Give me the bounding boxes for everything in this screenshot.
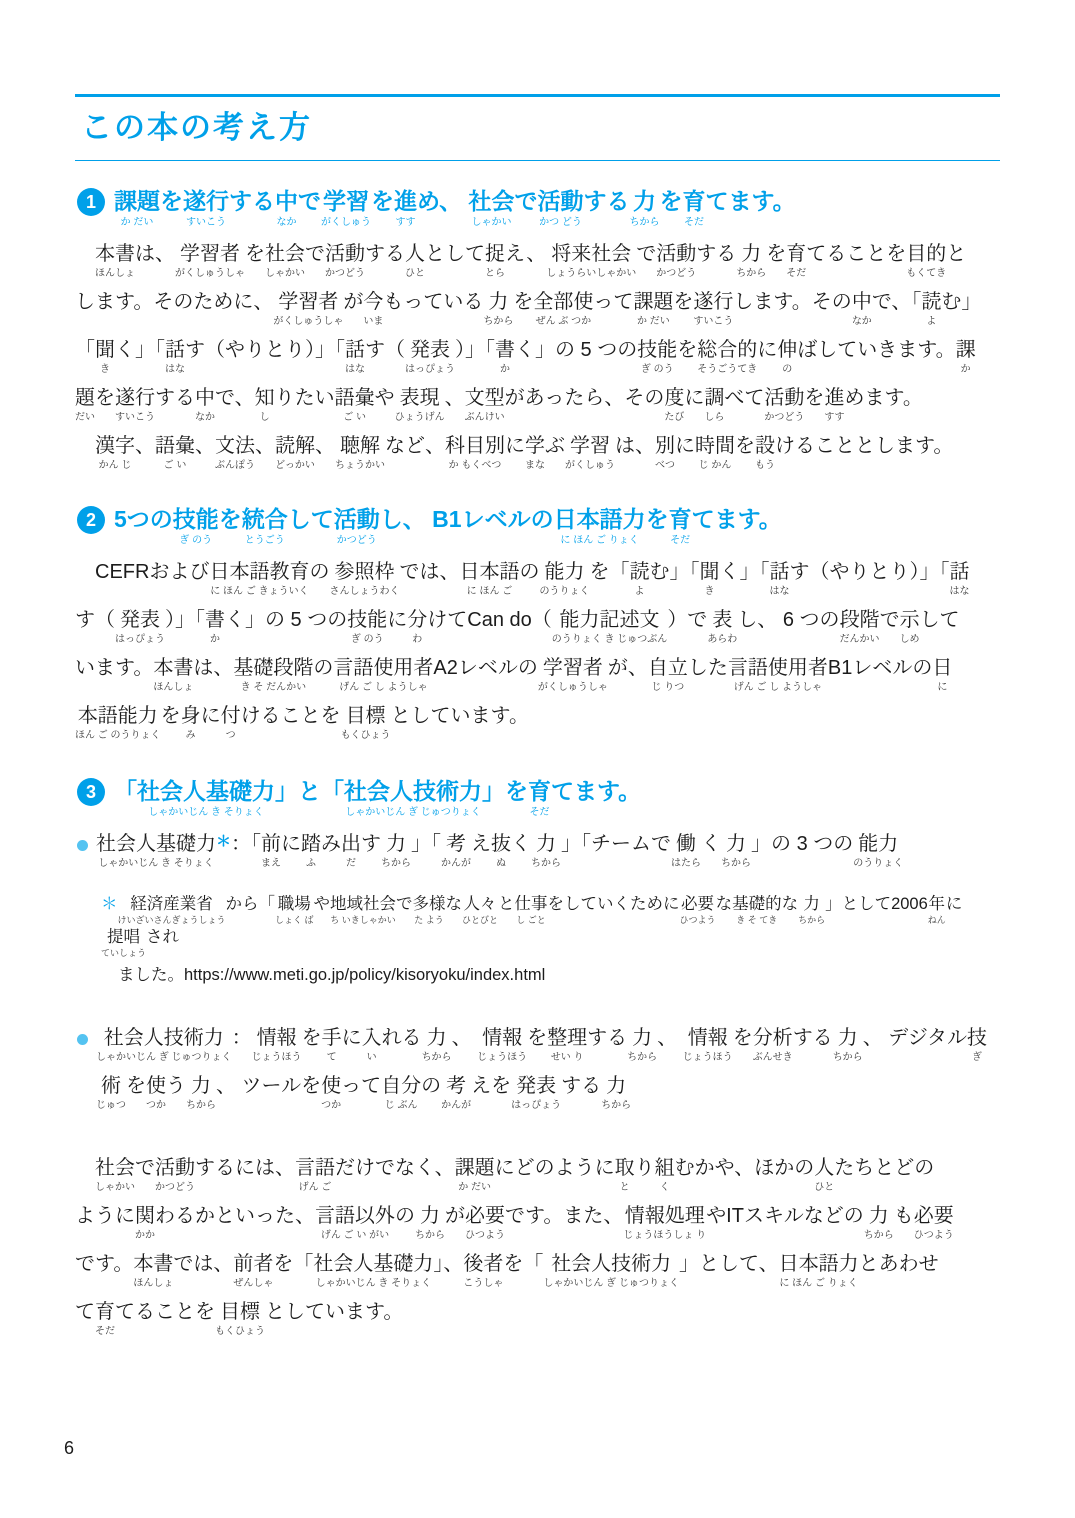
text-segment: 分析ぶんせき	[753, 1025, 793, 1065]
text-segment: 考かんが	[441, 1073, 471, 1113]
text-segment: く」「	[719, 559, 769, 599]
text-segment: 知し	[255, 385, 275, 425]
paragraph-line: います。本書ほんしょは、基礎段階き そ だんかいの言語使用者げん ご し ようし…	[75, 655, 1000, 695]
text-segment: べて	[724, 385, 764, 425]
text-segment: 、	[452, 1025, 478, 1065]
text-segment: 日に	[932, 655, 952, 695]
text-segment: 中なか	[195, 385, 215, 425]
text-segment: の	[313, 655, 333, 695]
text-segment: を	[733, 1025, 753, 1065]
text-segment: に	[387, 607, 407, 647]
bullet-icon	[77, 840, 88, 851]
text-segment: 読よ	[629, 559, 649, 599]
text-segment: 調しら	[704, 385, 724, 425]
text-segment: 」「チームで	[561, 831, 671, 871]
text-segment: 書か	[495, 337, 515, 377]
text-segment: の	[309, 559, 329, 599]
text-segment: が	[445, 1203, 465, 1243]
text-segment: 技能ぎ のう	[173, 503, 219, 547]
text-segment: して	[288, 503, 334, 547]
text-segment: 進すす	[394, 185, 417, 229]
text-segment: する	[561, 1073, 601, 1113]
text-segment: 発表はっぴょう	[405, 337, 455, 377]
text-segment: 力ちから	[833, 1025, 863, 1065]
text-segment: 話はな	[345, 337, 365, 377]
paragraph-line: 社会しゃかいで活動かつどうするには、言語げん ごだけでなく、課題か だいにどのよ…	[75, 1155, 1000, 1195]
title-rule-bottom	[75, 160, 1000, 161]
text-segment: として	[425, 241, 485, 281]
text-segment: 育そだ	[682, 185, 705, 229]
text-segment: てることを	[115, 1299, 215, 1339]
text-segment: 自立じ りつ	[648, 655, 688, 695]
text-segment: す（	[365, 337, 405, 377]
text-segment: 中なか	[852, 289, 872, 329]
text-segment: 情報じょうほう	[252, 1025, 302, 1065]
text-segment: 必要ひつよう	[914, 1203, 954, 1243]
text-segment: 後者こうしゃ	[463, 1251, 503, 1291]
text-segment: の	[395, 1203, 415, 1243]
text-segment: 段階だんかい	[840, 607, 880, 647]
text-segment: する	[696, 241, 736, 281]
text-segment: とあわせ	[859, 1251, 939, 1291]
text-segment: 科目別か もくべつ	[445, 433, 505, 473]
text-segment: 言語げん ご	[295, 1155, 335, 1195]
paragraph: 社会しゃかいで活動かつどうするには、言語げん ごだけでなく、課題か だいにどのよ…	[75, 1155, 1000, 1339]
text-segment: 力ちから	[721, 831, 751, 871]
text-segment: 使つか	[321, 1073, 341, 1113]
text-segment: 今いま	[363, 289, 383, 329]
text-segment: く」の 5 つの	[225, 607, 347, 647]
text-segment: を「	[273, 1251, 313, 1291]
text-segment: は、	[615, 433, 655, 473]
text-segment: としています。	[265, 1299, 403, 1339]
text-segment: 学習者がくしゅうしゃ	[273, 289, 343, 329]
text-segment: に	[505, 433, 525, 473]
paragraph-line: 本語能力ほん ご のうりょくを身みに付つけることを目標もくひょうとしています。	[75, 703, 1000, 743]
text-segment: って	[341, 1073, 381, 1113]
text-segment: 考かんが	[441, 831, 471, 871]
text-segment: 自分じ ぶん	[381, 1073, 421, 1113]
text-segment: 力ちから	[422, 1025, 452, 1065]
paragraph-line: CEFRおよび日本語教育に ほん ご きょういくの参照枠さんしょうわくでは、日本…	[75, 559, 1000, 599]
text-segment	[75, 433, 95, 473]
bullet-content: 社会人技術力しゃかいじん ぎ じゅつりょく：情報じょうほうを手てに入いれる力ちか…	[96, 1025, 987, 1121]
text-segment: て	[75, 1299, 95, 1339]
paragraph-line: です。本書ほんしょでは、前者ぜんしゃを「社会人基礎力しゃかいじん き そりょく」…	[75, 1251, 1000, 1291]
text-segment: 活動かつ どう	[537, 185, 583, 229]
bullet-line: 社会人基礎力しゃかいじん き そりょく＊：「前まえに踏ふみ出だす力ちから」「考か…	[96, 831, 903, 871]
paragraph-line: て育そだてることを目標もくひょうとしています。	[75, 1299, 1000, 1339]
text-segment: 力ちから	[483, 289, 513, 329]
section-number-badge: 3	[77, 778, 105, 806]
text-segment: で、	[215, 385, 255, 425]
text-segment: を	[735, 433, 755, 473]
text-segment: む」	[941, 289, 981, 329]
text-segment: 文法ぶんぽう	[215, 433, 255, 473]
text-segment: ぶ	[545, 433, 565, 473]
text-segment: です。	[75, 1251, 133, 1291]
text-segment: を	[161, 703, 181, 743]
text-segment: 本書ほんしょ	[95, 241, 135, 281]
text-segment: す（やりとり）」「	[789, 559, 949, 599]
bullet-content: 社会人基礎力しゃかいじん き そりょく＊：「前まえに踏ふみ出だす力ちから」「考か…	[96, 831, 903, 879]
footnote-line: ました。https://www.meti.go.jp/policy/kisory…	[118, 964, 1000, 997]
text-segment: で	[305, 241, 325, 281]
section-1: 1 課題か だいを遂行すいこうする中なかで学習がくしゅうを進すすめ、 社会しゃか…	[75, 185, 1000, 473]
paragraph-line: します。そのために、学習者がくしゅうしゃが今いまもっている力ちからを全部使ぜん …	[75, 289, 1000, 329]
bullet-icon	[77, 1034, 88, 1045]
text-segment: から「	[226, 893, 276, 926]
text-segment: う	[166, 1073, 186, 1113]
text-segment: ：「	[231, 831, 261, 871]
text-segment: を	[677, 337, 697, 377]
text-segment: に	[342, 1025, 362, 1065]
text-segment: 、	[315, 433, 335, 473]
text-segment: 前者ぜんしゃ	[233, 1251, 273, 1291]
text-segment: 年ねん	[928, 893, 946, 926]
text-segment: され	[146, 926, 179, 959]
text-segment: にどのように	[495, 1155, 615, 1195]
text-segment: 社会しゃかい	[265, 241, 305, 281]
text-segment: 人ひと	[814, 1155, 834, 1195]
text-segment	[75, 559, 95, 599]
text-segment: む」「	[649, 559, 699, 599]
text-segment: した	[688, 655, 728, 695]
text-segment: と	[946, 241, 966, 281]
text-segment: 設もう	[755, 433, 775, 473]
text-segment: や	[375, 385, 395, 425]
text-segment: 別べつ	[655, 433, 675, 473]
text-segment: 手て	[322, 1025, 342, 1065]
text-segment: も	[894, 1203, 914, 1243]
section-number-badge: 2	[77, 506, 105, 534]
text-segment: ばしていきます。	[797, 337, 955, 377]
text-segment: で	[298, 185, 321, 229]
text-segment: 力ちから	[627, 1025, 657, 1065]
text-segment: な	[716, 893, 733, 926]
paragraph-line: 「聞きく」「話はなす（やりとり）」「話はなす（発表はっぴょう）」「書かく」の 5…	[75, 337, 1000, 377]
text-segment: B1レベルの	[828, 655, 932, 695]
text-segment: する	[229, 185, 275, 229]
text-segment: 目標もくひょう	[215, 1299, 265, 1339]
text-segment: です。また、	[505, 1203, 623, 1243]
text-segment	[75, 241, 95, 281]
text-segment: 」として2006	[825, 893, 928, 926]
text-segment: 使つか	[146, 1073, 166, 1113]
text-segment: を	[95, 385, 115, 425]
text-segment: 課題か だい	[455, 1155, 495, 1195]
section-3: 3 「社会人基礎力しゃかいじん き そりょく」と「社会人技術力しゃかいじん ぎ …	[75, 775, 1000, 1339]
text-segment: を	[804, 385, 824, 425]
text-segment: を	[245, 241, 265, 281]
text-segment: 経済産業省けいざいさんぎょうしょう	[118, 893, 226, 926]
text-segment: が、	[608, 655, 648, 695]
paragraph-line: 漢字かん じ、語彙ご い、文法ぶんぽう、読解どっかい、聴解ちょうかいなど、科目別…	[75, 433, 1000, 473]
section-1-heading-row: 1 課題か だいを遂行すいこうする中なかで学習がくしゅうを進すすめ、 社会しゃか…	[75, 185, 1000, 229]
text-segment: 遂行すいこう	[115, 385, 155, 425]
text-segment: 日本語に ほん ご	[459, 559, 519, 599]
text-segment: するには、	[195, 1155, 295, 1195]
text-segment: 整理せい り	[547, 1025, 587, 1065]
text-segment: 、	[135, 433, 155, 473]
text-segment: 学習がくしゅう	[565, 433, 615, 473]
text-segment: 目標もくひょう	[341, 703, 391, 743]
text-segment: 、	[195, 433, 215, 473]
text-segment: てます。	[705, 185, 795, 229]
text-segment: 日本語力に ほん ご りょく	[779, 1251, 859, 1291]
text-segment: てます。	[692, 503, 782, 547]
text-segment: 地域社会ち いきしゃかい	[330, 893, 396, 926]
text-segment: 情報じょうほう	[477, 1025, 527, 1065]
text-segment: 話はな	[949, 559, 969, 599]
text-segment: 聴解ちょうかい	[335, 433, 385, 473]
text-segment: で	[514, 185, 537, 229]
text-segment: 課か	[956, 337, 976, 377]
text-segment: 必要ひつよう	[465, 1203, 505, 1243]
bullet-line: 社会人技術力しゃかいじん ぎ じゅつりょく：情報じょうほうを手てに入いれる力ちか…	[96, 1025, 987, 1065]
text-segment: を	[513, 289, 533, 329]
text-segment: の	[519, 559, 539, 599]
text-segment: に	[675, 433, 695, 473]
text-segment: 技能ぎ のう	[637, 337, 677, 377]
text-segment: く」の 5 つの	[515, 337, 637, 377]
text-segment: をしていくために	[548, 893, 680, 926]
text-segment: 職場しょく ば	[275, 893, 314, 926]
text-segment: 付つ	[221, 703, 241, 743]
text-segment: 踏ふ	[301, 831, 321, 871]
text-segment: 社会人基礎力しゃかいじん き そりょく	[313, 1251, 433, 1291]
text-segment: に	[684, 385, 704, 425]
text-segment: 能力のうりょく	[539, 559, 589, 599]
text-segment: ように	[75, 1203, 135, 1243]
text-segment: を「	[589, 559, 629, 599]
section-heading: 課題か だいを遂行すいこうする中なかで学習がくしゅうを進すすめ、 社会しゃかいで…	[114, 185, 796, 229]
text-segment: 社会しゃかい	[468, 185, 514, 229]
text-segment: めます。	[845, 385, 923, 425]
text-segment: 提唱ていしょう	[101, 926, 146, 959]
text-segment: 、	[445, 385, 465, 425]
text-segment: 抜ぬ	[491, 831, 511, 871]
text-segment: や	[314, 893, 331, 926]
text-segment: 学習がくしゅう	[321, 185, 371, 229]
text-segment: ＊	[101, 893, 118, 926]
text-segment: 5つの	[114, 503, 173, 547]
text-segment: 、	[657, 1025, 683, 1065]
text-segment: で	[636, 241, 656, 281]
text-segment: え、	[505, 241, 546, 281]
text-segment: ）」「	[455, 337, 495, 377]
text-segment: だけでなく、	[335, 1155, 455, 1195]
text-segment: は、	[135, 241, 175, 281]
text-segment: 活動かつどう	[155, 1155, 195, 1195]
text-segment: 力ちから	[736, 241, 766, 281]
text-segment: では、	[399, 559, 459, 599]
bullet-line: 術じゅつを使つかう力ちから、 ツールを使つかって自分じ ぶんの考かんがえを発表は…	[96, 1073, 987, 1113]
paragraph: CEFRおよび日本語教育に ほん ご きょういくの参照枠さんしょうわくでは、日本…	[75, 559, 1000, 743]
text-segment: で	[880, 607, 900, 647]
text-segment: を	[646, 503, 669, 547]
text-segment: 、	[255, 433, 275, 473]
text-segment: てることを	[806, 241, 906, 281]
text-segment: 人ひと	[405, 241, 425, 281]
text-segment: します。その	[733, 289, 851, 329]
text-segment: って	[593, 289, 633, 329]
text-segment: する	[587, 1025, 627, 1065]
text-segment: 社会人技術力しゃかいじん ぎ じゅつりょく	[96, 1025, 232, 1065]
text-segment: 本書ほんしょ	[153, 655, 193, 695]
text-segment: 活動かつどう	[656, 241, 696, 281]
text-segment: 多様た よう	[413, 893, 446, 926]
text-segment: の	[421, 1073, 441, 1113]
text-segment: 」の 3 つの	[751, 831, 853, 871]
text-segment: います。	[75, 655, 153, 695]
text-segment: する	[793, 1025, 833, 1065]
text-segment: 力ちから	[186, 1073, 216, 1113]
text-segment: 「	[114, 775, 137, 819]
text-segment: で	[396, 893, 413, 926]
text-segment: 遂行すいこう	[183, 185, 229, 229]
text-segment: を	[302, 1025, 322, 1065]
text-segment: 日本語力に ほん ご りょく	[554, 503, 646, 547]
text-segment: 表現ひょうげん	[395, 385, 445, 425]
text-segment: 基礎的き そ てき	[732, 893, 782, 926]
text-segment: 社会人技術力しゃかいじん ぎ じゅつりょく	[344, 775, 482, 819]
text-segment: えを	[471, 1073, 511, 1113]
text-segment: 度たび	[664, 385, 684, 425]
text-segment: 学まな	[525, 433, 545, 473]
text-segment: 」として、	[679, 1251, 779, 1291]
text-segment: を	[160, 185, 183, 229]
bullet-item-kisoryoku: 社会人基礎力しゃかいじん き そりょく＊：「前まえに踏ふみ出だす力ちから」「考か…	[75, 831, 1000, 879]
text-segment: 活動かつどう	[334, 503, 380, 547]
text-segment: 言語以外げん ご い がい	[315, 1203, 395, 1243]
text-segment: など、	[385, 433, 445, 473]
text-segment: 中なか	[275, 185, 298, 229]
text-segment: を	[371, 185, 394, 229]
text-segment: 話はな	[769, 559, 789, 599]
text-segment: 本書ほんしょ	[133, 1251, 173, 1291]
text-segment: 育そだ	[95, 1299, 115, 1339]
title-rule-top	[75, 94, 1000, 97]
text-segment: 時間じ かん	[695, 433, 735, 473]
text-segment: 課題か だい	[114, 185, 160, 229]
text-segment: があったら、その	[505, 385, 665, 425]
text-segment: では、	[173, 1251, 233, 1291]
text-segment: 力ちから	[381, 831, 411, 871]
text-segment: が	[343, 289, 363, 329]
text-segment: 文型ぶんけい	[465, 385, 505, 425]
text-segment: を	[659, 185, 682, 229]
text-segment: 漢字かん じ	[95, 433, 135, 473]
text-segment: 課題か だい	[633, 289, 673, 329]
text-segment: 」と「	[275, 775, 344, 819]
text-segment: たちとどの	[834, 1155, 934, 1195]
book-page: この本の考え方 1 課題か だいを遂行すいこうする中なかで学習がくしゅうを進すす…	[0, 0, 1075, 1518]
text-segment: 力ちから	[798, 893, 825, 926]
text-segment	[75, 1155, 95, 1195]
text-segment: 情報処理じょうほうしょ り	[623, 1203, 706, 1243]
text-segment: く	[511, 831, 531, 871]
text-segment: やITスキルなどの	[706, 1203, 864, 1243]
text-segment: 言語使用者げん ご し ようしゃ	[333, 655, 433, 695]
text-segment: ）で	[667, 607, 707, 647]
text-segment: 聞き	[95, 337, 115, 377]
text-segment: く」「	[115, 337, 165, 377]
text-segment: 前まえ	[261, 831, 281, 871]
text-segment: 読解どっかい	[275, 433, 315, 473]
text-segment: CEFRおよび	[95, 559, 209, 599]
text-segment: 語彙ご い	[155, 433, 195, 473]
text-segment: な	[446, 893, 463, 926]
text-segment: 「	[75, 337, 95, 377]
text-segment: 育そだ	[528, 775, 551, 819]
text-segment: 技能ぎ のう	[347, 607, 387, 647]
text-segment: 組く	[655, 1155, 675, 1195]
text-segment: 学習者がくしゅうしゃ	[538, 655, 608, 695]
text-segment: 力ちから	[415, 1203, 445, 1243]
text-segment: を	[527, 1025, 547, 1065]
text-segment: 日本語教育に ほん ご きょういく	[209, 559, 309, 599]
text-segment: 全部使ぜん ぶ つか	[533, 289, 593, 329]
text-segment: 力ちから	[629, 185, 659, 229]
text-segment: に	[281, 831, 301, 871]
text-segment: 活動かつどう	[764, 385, 804, 425]
text-segment: み	[321, 831, 341, 871]
text-segment: する	[583, 185, 629, 229]
page-title: この本の考え方	[81, 108, 1000, 148]
text-segment: 書か	[205, 607, 225, 647]
text-segment: り	[635, 1155, 655, 1195]
text-segment: 進すす	[824, 385, 844, 425]
text-segment: 本語能力ほん ご のうりょく	[75, 703, 161, 743]
section-heading: 5つの技能ぎ のうを統合とうごうして活動かつどうし、 B1レベルの日本語力に ほ…	[114, 503, 782, 547]
text-segment: ＊	[216, 831, 231, 871]
text-segment: 能力記述文のうりょく き じゅつぶん	[552, 607, 668, 647]
text-segment: する	[365, 241, 405, 281]
text-segment: 」、	[433, 1251, 463, 1291]
text-segment: と	[498, 893, 515, 926]
text-segment: 題だい	[75, 385, 95, 425]
text-segment: 取と	[615, 1155, 635, 1195]
text-segment: 聞き	[699, 559, 719, 599]
text-segment: もっている	[383, 289, 483, 329]
text-segment: 基礎段階き そ だんかい	[233, 655, 313, 695]
paragraph: 本書ほんしょは、学習者がくしゅうしゃを社会しゃかいで活動かつどうする人ひととして…	[75, 241, 1000, 425]
text-segment: わるかといった、	[155, 1203, 315, 1243]
text-segment: し、 B1レベルの	[380, 503, 554, 547]
text-segment: けることを	[241, 703, 341, 743]
text-segment: め、	[417, 185, 468, 229]
text-segment: 社会人基礎力しゃかいじん き そりょく	[96, 831, 216, 871]
text-segment: ました。	[118, 964, 184, 997]
text-segment: 力ちから	[864, 1203, 894, 1243]
text-segment: けることとします。	[775, 433, 953, 473]
text-segment: して	[920, 607, 960, 647]
text-segment: 分わ	[407, 607, 427, 647]
section-2: 2 5つの技能ぎ のうを統合とうごうして活動かつどうし、 B1レベルの日本語力に…	[75, 503, 1000, 743]
text-segment: 能力のうりょく	[853, 831, 903, 871]
text-segment: 身み	[181, 703, 201, 743]
text-segment: 話はな	[165, 337, 185, 377]
text-segment: 発表はっぴょう	[115, 607, 165, 647]
text-segment: 将来社会しょうらいしゃかい	[546, 241, 636, 281]
text-segment: 参照枠さんしょうわく	[329, 559, 399, 599]
section-heading: 「社会人基礎力しゃかいじん き そりょく」と「社会人技術力しゃかいじん ぎ じゅ…	[114, 775, 641, 819]
text-segment: ：	[232, 1025, 252, 1065]
paragraph-line: 題だいを遂行すいこうする中なかで、知しりたい語彙ご いや表現ひょうげん、文型ぶん…	[75, 385, 1000, 425]
text-segment: 読よ	[921, 289, 941, 329]
text-segment: ）」「	[165, 607, 205, 647]
